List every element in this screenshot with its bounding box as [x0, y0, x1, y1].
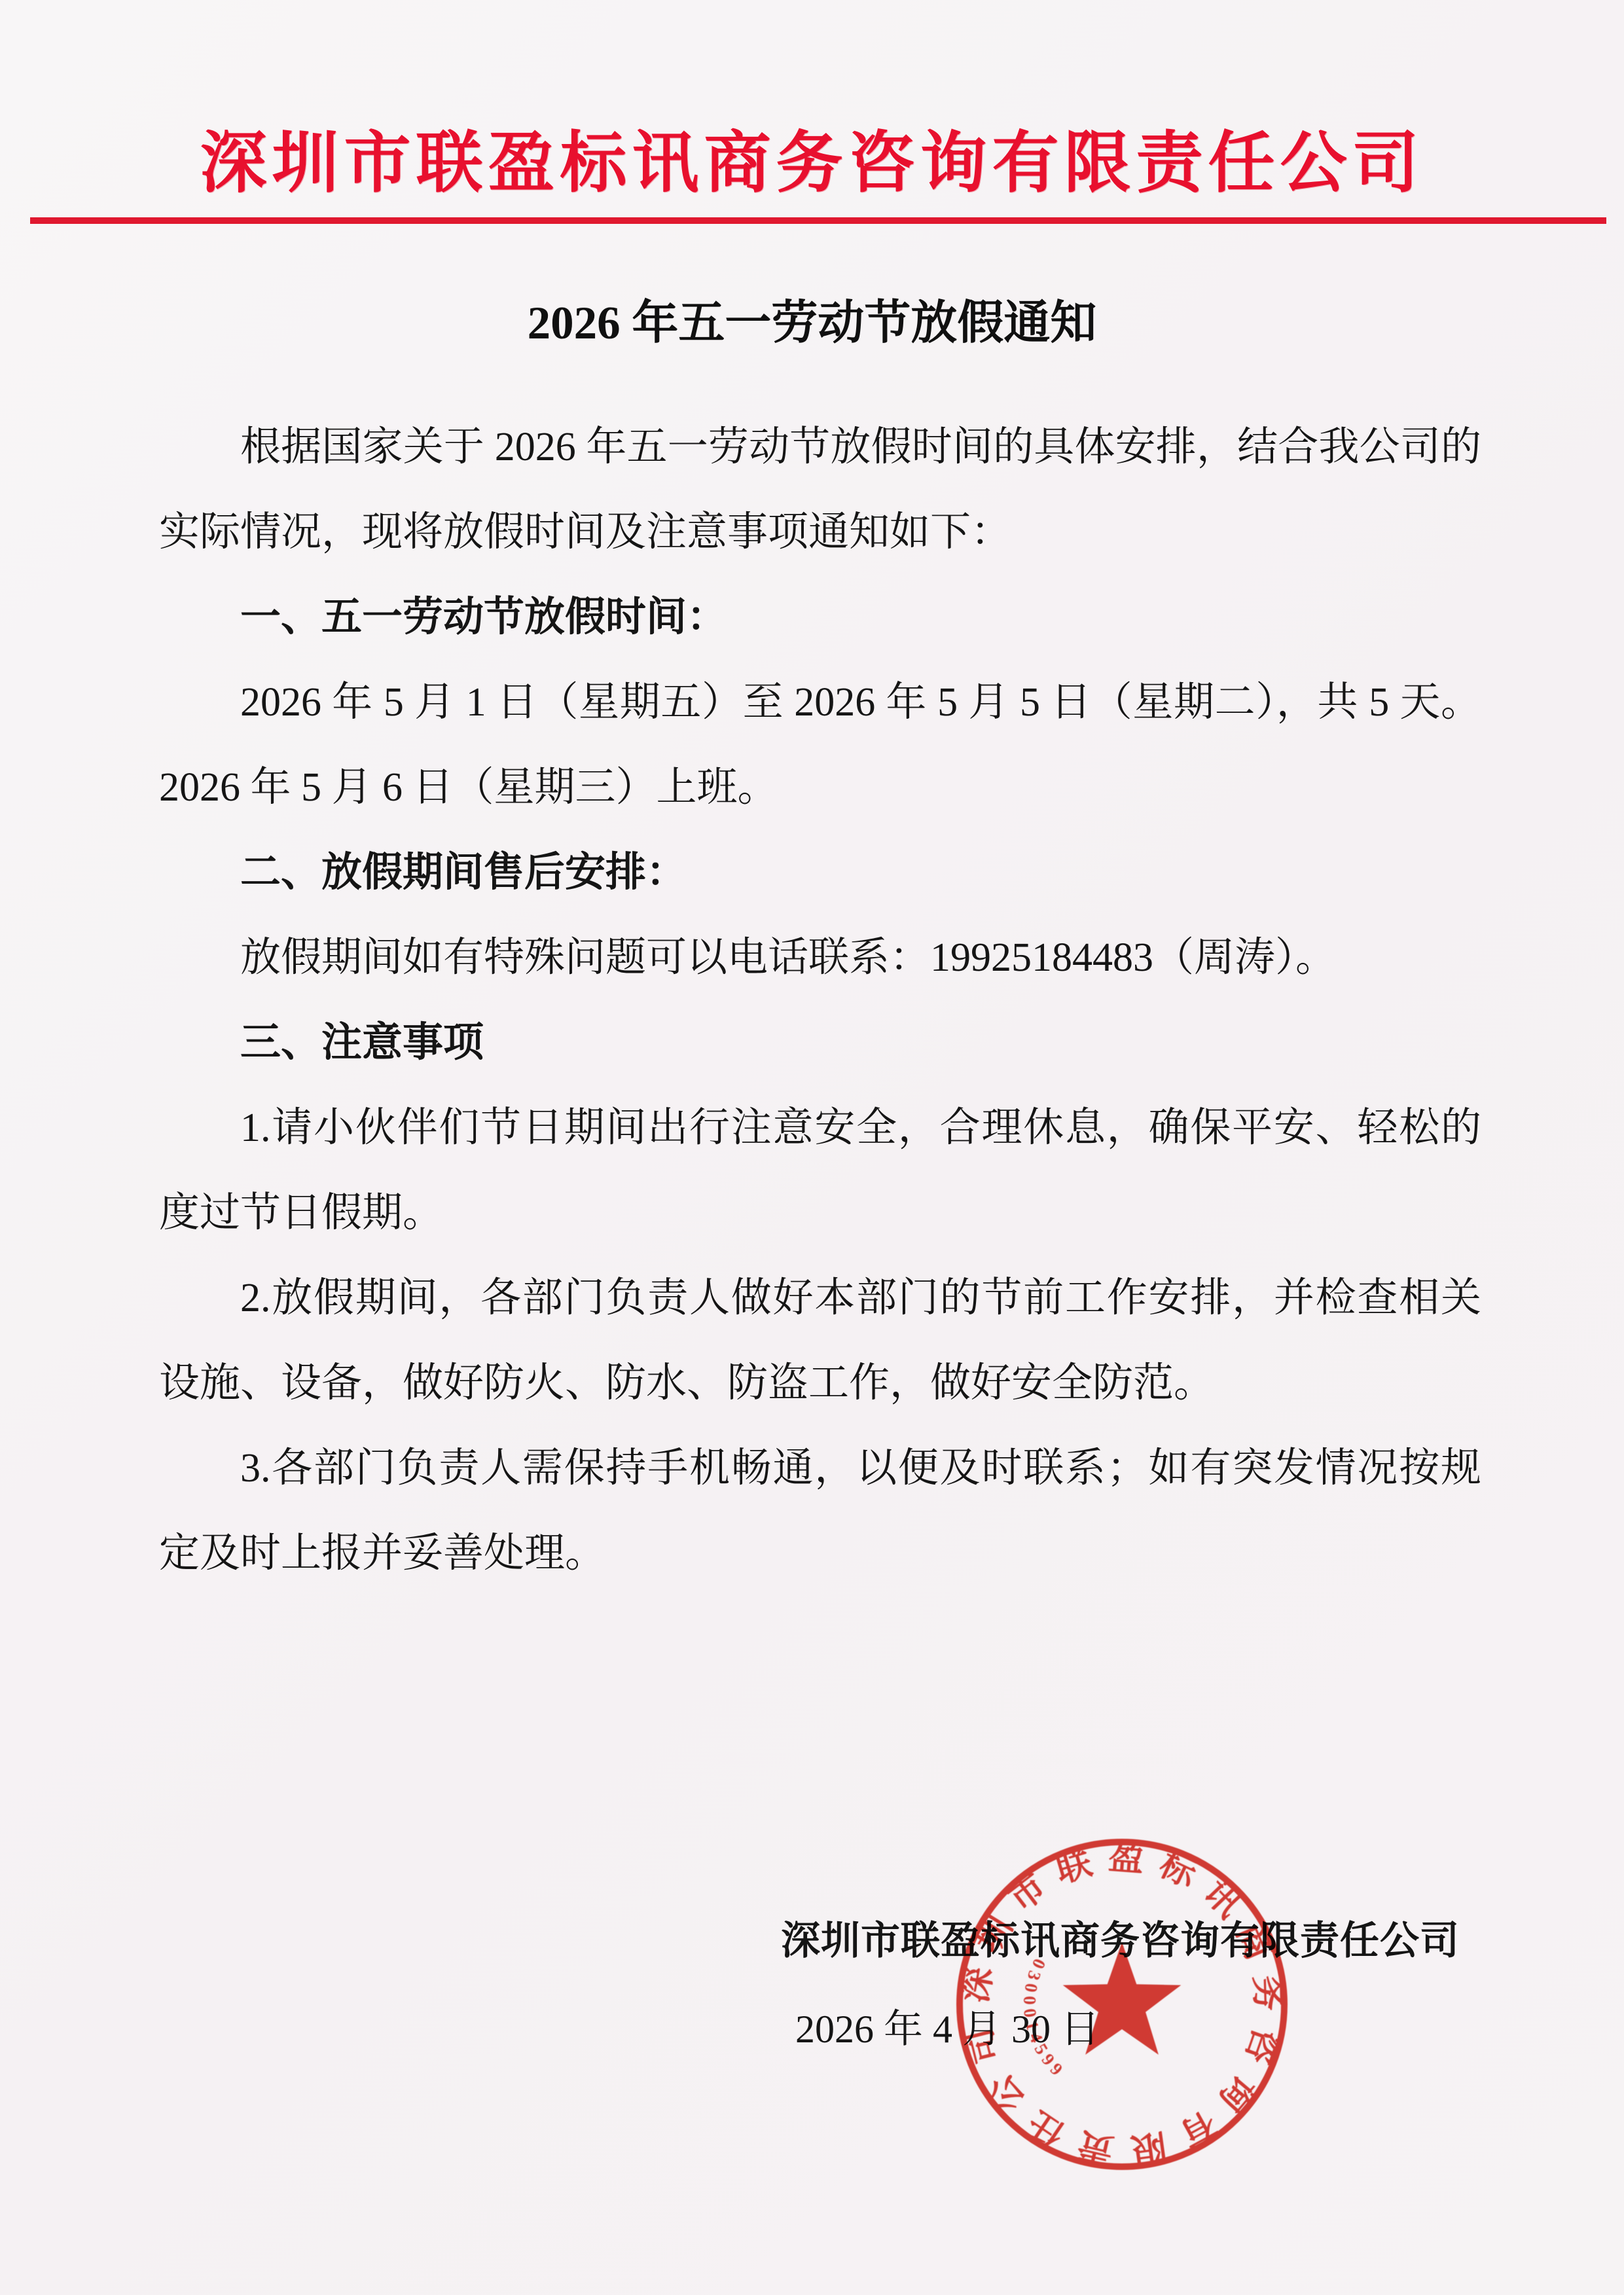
- section-paragraph: 2026 年 5 月 1 日（星期五）至 2026 年 5 月 5 日（星期二）…: [159, 660, 1481, 830]
- letterhead-company-name: 深圳市联盈标讯商务咨询有限责任公司: [0, 110, 1624, 206]
- document-title: 2026 年五一劳动节放假通知: [0, 285, 1624, 352]
- signature-date: 2026 年 4 月 30 日: [795, 1998, 1100, 2054]
- section-heading: 二、放假期间售后安排：: [159, 830, 1481, 915]
- section-paragraph: 2.放假期间，各部门负责人做好本部门的节前工作安排，并检查相关设施、设备，做好防…: [159, 1256, 1481, 1426]
- section-heading: 三、注意事项: [159, 1000, 1481, 1085]
- letterhead-divider-rule: [30, 217, 1606, 224]
- section-heading: 一、五一劳动节放假时间：: [159, 575, 1481, 660]
- document-body: 根据国家关于 2026 年五一劳动节放假时间的具体安排，结合我公司的实际情况，现…: [159, 405, 1481, 1596]
- section-paragraph: 3.各部门负责人需保持手机畅通，以便及时联系；如有突发情况按规定及时上报并妥善处…: [159, 1426, 1481, 1596]
- section-paragraph: 放假期间如有特殊问题可以电话联系：19925184483（周涛）。: [159, 915, 1481, 1000]
- section-paragraph: 1.请小伙伴们节日期间出行注意安全，合理休息，确保平安、轻松的度过节日假期。: [159, 1085, 1481, 1256]
- intro-paragraph: 根据国家关于 2026 年五一劳动节放假时间的具体安排，结合我公司的实际情况，现…: [159, 405, 1481, 575]
- notice-document-page: 深圳市联盈标讯商务咨询有限责任公司 2026 年五一劳动节放假通知 根据国家关于…: [0, 0, 1624, 2295]
- signature-company-name: 深圳市联盈标讯商务咨询有限责任公司: [781, 1909, 1460, 1966]
